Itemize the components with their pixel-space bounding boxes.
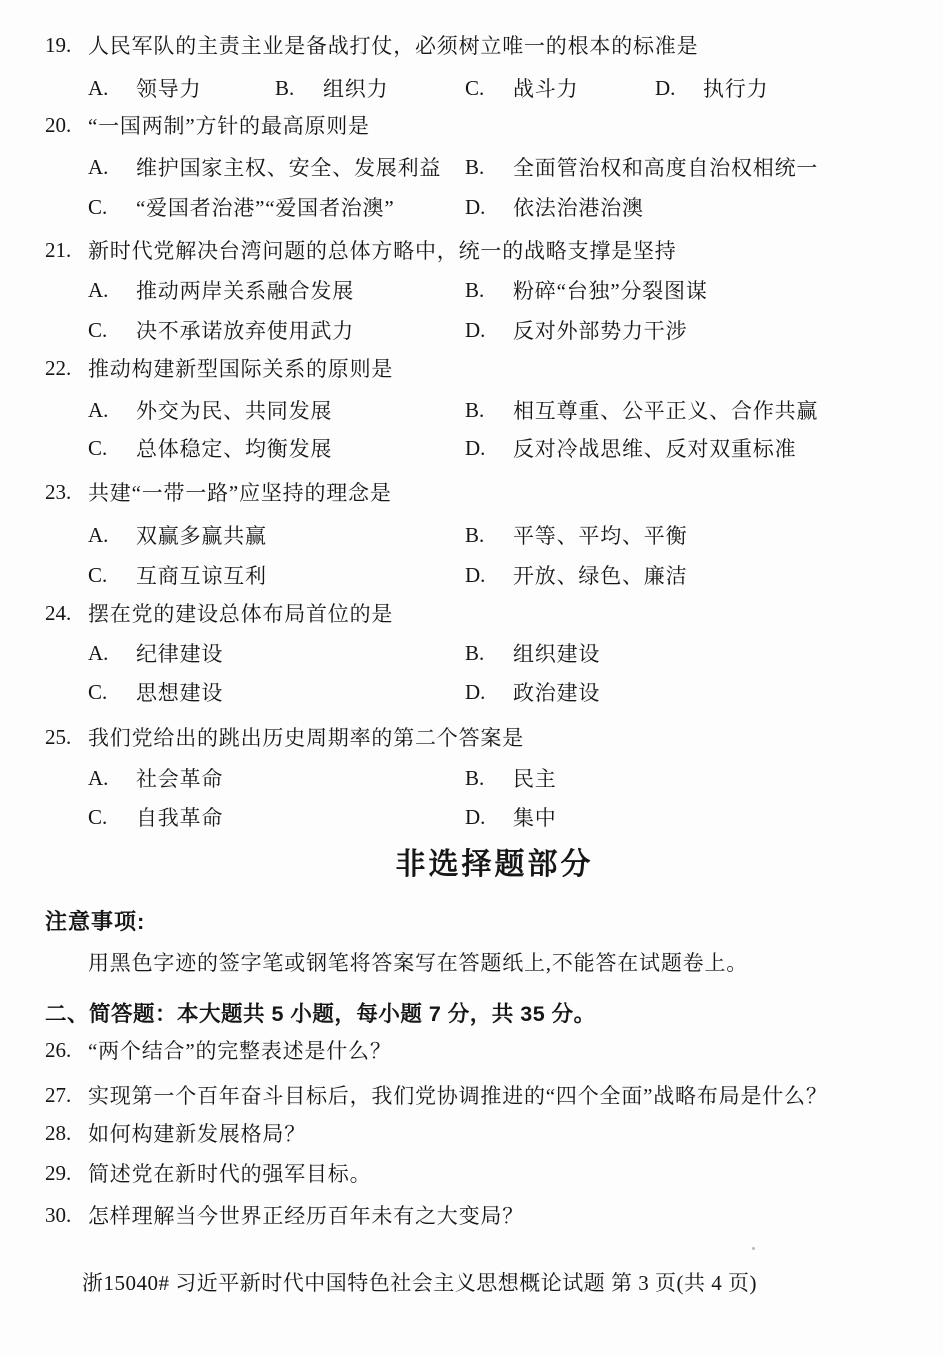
option-c: C.战斗力 — [465, 68, 578, 108]
question-30: 30. 怎样理解当今世界正经历百年未有之大变局？ — [45, 1195, 524, 1235]
question-text: “两个结合”的完整表述是什么？ — [88, 1035, 392, 1065]
question-number: 21. — [45, 238, 88, 263]
question-22: 22. 推动构建新型国际关系的原则是 — [45, 348, 393, 388]
question-27: 27. 实现第一个百年奋斗目标后，我们党协调推进的“四个全面”战略布局是什么？ — [45, 1075, 828, 1115]
question-number: 20. — [45, 113, 88, 138]
option-label: D. — [465, 195, 513, 220]
option-text: 双赢多赢共赢 — [136, 520, 267, 550]
option-text: 组织力 — [323, 73, 388, 103]
option-text: 纪律建设 — [136, 638, 223, 668]
question-number: 30. — [45, 1203, 88, 1228]
option-text: 民主 — [513, 763, 557, 793]
option-label: B. — [465, 155, 513, 180]
option-label: C. — [88, 563, 136, 588]
question-stem: 推动构建新型国际关系的原则是 — [88, 353, 393, 383]
option-d: D.反对外部势力干涉 — [465, 310, 687, 350]
short-answer-section-heading: 二、简答题：本大题共 5 小题，每小题 7 分，共 35 分。 — [45, 992, 596, 1032]
option-label: C. — [465, 76, 513, 101]
option-label: A. — [88, 766, 136, 791]
option-label: A. — [88, 641, 136, 666]
option-c: C.“爱国者治港”“爱国者治澳” — [88, 187, 394, 227]
option-text: 外交为民、共同发展 — [136, 395, 332, 425]
question-text: 如何构建新发展格局？ — [88, 1118, 306, 1148]
option-text: 开放、绿色、廉洁 — [513, 560, 687, 590]
option-text: 维护国家主权、安全、发展利益 — [136, 152, 441, 182]
option-label: B. — [465, 641, 513, 666]
question-25: 25. 我们党给出的跳出历史周期率的第二个答案是 — [45, 717, 524, 757]
question-26: 26. “两个结合”的完整表述是什么？ — [45, 1030, 392, 1070]
option-text: 全面管治权和高度自治权相统一 — [513, 152, 818, 182]
question-28: 28. 如何构建新发展格局？ — [45, 1113, 306, 1153]
option-label: D. — [465, 805, 513, 830]
question-20: 20. “一国两制”方针的最高原则是 — [45, 105, 370, 145]
option-label: D. — [465, 680, 513, 705]
option-label: C. — [88, 680, 136, 705]
option-label: C. — [88, 805, 136, 830]
question-number: 27. — [45, 1083, 88, 1108]
option-text: 思想建设 — [136, 677, 223, 707]
option-label: D. — [655, 76, 703, 101]
option-b: B.民主 — [465, 758, 557, 798]
option-c: C.决不承诺放弃使用武力 — [88, 310, 354, 350]
option-text: 反对冷战思维、反对双重标准 — [513, 433, 796, 463]
option-b: B.组织建设 — [465, 633, 600, 673]
option-text: 平等、平均、平衡 — [513, 520, 687, 550]
option-label: B. — [465, 398, 513, 423]
option-text: 反对外部势力干涉 — [513, 315, 687, 345]
option-a: A.维护国家主权、安全、发展利益 — [88, 147, 441, 187]
option-label: D. — [465, 318, 513, 343]
question-stem: 人民军队的主责主业是备战打仗，必须树立唯一的根本的标准是 — [88, 30, 698, 60]
option-text: 社会革命 — [136, 763, 223, 793]
question-24-options-cd: C.思想建设 D.政治建设 — [88, 672, 943, 712]
option-text: 粉碎“台独”分裂图谋 — [513, 275, 708, 305]
non-mcq-section-heading: 非选择题部分 — [46, 843, 943, 887]
question-stem: 新时代党解决台湾问题的总体方略中，统一的战略支撑是坚持 — [88, 235, 677, 265]
question-stem: “一国两制”方针的最高原则是 — [88, 110, 370, 140]
question-22-options-cd: C.总体稳定、均衡发展 D.反对冷战思维、反对双重标准 — [88, 428, 943, 468]
option-label: D. — [465, 563, 513, 588]
option-label: D. — [465, 436, 513, 461]
option-label: A. — [88, 76, 136, 101]
option-c: C.自我革命 — [88, 797, 223, 837]
option-d: D.依法治港治澳 — [465, 187, 644, 227]
option-label: C. — [88, 436, 136, 461]
question-number: 19. — [45, 33, 88, 58]
option-d: D.政治建设 — [465, 672, 600, 712]
option-a: A.双赢多赢共赢 — [88, 515, 267, 555]
question-text: 实现第一个百年奋斗目标后，我们党协调推进的“四个全面”战略布局是什么？ — [88, 1080, 828, 1110]
option-b: B.组织力 — [275, 68, 388, 108]
option-text: 推动两岸关系融合发展 — [136, 275, 354, 305]
question-stem: 共建“一带一路”应坚持的理念是 — [88, 477, 392, 507]
question-21-options-cd: C.决不承诺放弃使用武力 D.反对外部势力干涉 — [88, 310, 943, 350]
option-a: A.社会革命 — [88, 758, 223, 798]
option-text: 总体稳定、均衡发展 — [136, 433, 332, 463]
question-number: 25. — [45, 725, 88, 750]
question-22-options-ab: A.外交为民、共同发展 B.相互尊重、公平正义、合作共赢 — [88, 390, 943, 430]
question-21-options-ab: A.推动两岸关系融合发展 B.粉碎“台独”分裂图谋 — [88, 270, 943, 310]
question-stem: 我们党给出的跳出历史周期率的第二个答案是 — [88, 722, 524, 752]
option-text: 执行力 — [703, 73, 768, 103]
option-label: B. — [465, 523, 513, 548]
option-d: D.集中 — [465, 797, 557, 837]
question-19-options: A.领导力 B.组织力 C.战斗力 D.执行力 — [88, 68, 943, 108]
question-number: 22. — [45, 356, 88, 381]
question-25-options-cd: C.自我革命 D.集中 — [88, 797, 943, 837]
question-21: 21. 新时代党解决台湾问题的总体方略中，统一的战略支撑是坚持 — [45, 230, 677, 270]
question-24: 24. 摆在党的建设总体布局首位的是 — [45, 593, 393, 633]
option-label: B. — [465, 278, 513, 303]
question-25-options-ab: A.社会革命 B.民主 — [88, 758, 943, 798]
option-b: B.全面管治权和高度自治权相统一 — [465, 147, 818, 187]
option-text: 政治建设 — [513, 677, 600, 707]
notes-body: 用黑色字迹的签字笔或钢笔将答案写在答题纸上,不能答在试题卷上。 — [88, 942, 748, 982]
question-19: 19. 人民军队的主责主业是备战打仗，必须树立唯一的根本的标准是 — [45, 25, 698, 65]
option-a: A.推动两岸关系融合发展 — [88, 270, 354, 310]
question-number: 24. — [45, 601, 88, 626]
option-label: B. — [275, 76, 323, 101]
option-d: D.开放、绿色、廉洁 — [465, 555, 687, 595]
option-d: D.执行力 — [655, 68, 768, 108]
scan-speckle — [752, 1247, 755, 1250]
option-label: B. — [465, 766, 513, 791]
option-label: A. — [88, 155, 136, 180]
page-footer: 浙15040# 习近平新时代中国特色社会主义思想概论试题 第 3 页(共 4 页… — [82, 1262, 757, 1302]
question-23-options-ab: A.双赢多赢共赢 B.平等、平均、平衡 — [88, 515, 943, 555]
option-a: A.纪律建设 — [88, 633, 223, 673]
option-c: C.思想建设 — [88, 672, 223, 712]
question-23-options-cd: C.互商互谅互利 D.开放、绿色、廉洁 — [88, 555, 943, 595]
option-label: A. — [88, 398, 136, 423]
exam-paper-page: 19. 人民军队的主责主业是备战打仗，必须树立唯一的根本的标准是 A.领导力 B… — [0, 0, 943, 1356]
option-text: 集中 — [513, 802, 557, 832]
option-c: C.互商互谅互利 — [88, 555, 267, 595]
option-text: 互商互谅互利 — [136, 560, 267, 590]
notes-title: 注意事项: — [45, 900, 145, 940]
option-text: 领导力 — [136, 73, 201, 103]
option-text: 依法治港治澳 — [513, 192, 644, 222]
option-text: 组织建设 — [513, 638, 600, 668]
option-text: “爱国者治港”“爱国者治澳” — [136, 192, 394, 222]
option-label: A. — [88, 278, 136, 303]
option-text: 自我革命 — [136, 802, 223, 832]
option-d: D.反对冷战思维、反对双重标准 — [465, 428, 796, 468]
question-20-options-cd: C.“爱国者治港”“爱国者治澳” D.依法治港治澳 — [88, 187, 943, 227]
question-20-options-ab: A.维护国家主权、安全、发展利益 B.全面管治权和高度自治权相统一 — [88, 147, 943, 187]
question-number: 23. — [45, 480, 88, 505]
option-a: A.领导力 — [88, 68, 201, 108]
question-text: 简述党在新时代的强军目标。 — [88, 1158, 371, 1188]
question-23: 23. 共建“一带一路”应坚持的理念是 — [45, 472, 392, 512]
question-stem: 摆在党的建设总体布局首位的是 — [88, 598, 393, 628]
option-label: A. — [88, 523, 136, 548]
option-b: B.粉碎“台独”分裂图谋 — [465, 270, 708, 310]
question-number: 26. — [45, 1038, 88, 1063]
question-24-options-ab: A.纪律建设 B.组织建设 — [88, 633, 943, 673]
option-text: 相互尊重、公平正义、合作共赢 — [513, 395, 818, 425]
option-b: B.相互尊重、公平正义、合作共赢 — [465, 390, 818, 430]
option-a: A.外交为民、共同发展 — [88, 390, 332, 430]
option-label: C. — [88, 318, 136, 343]
question-number: 28. — [45, 1121, 88, 1146]
option-text: 决不承诺放弃使用武力 — [136, 315, 354, 345]
option-b: B.平等、平均、平衡 — [465, 515, 687, 555]
option-text: 战斗力 — [513, 73, 578, 103]
question-text: 怎样理解当今世界正经历百年未有之大变局？ — [88, 1200, 524, 1230]
question-number: 29. — [45, 1161, 88, 1186]
option-c: C.总体稳定、均衡发展 — [88, 428, 332, 468]
option-label: C. — [88, 195, 136, 220]
question-29: 29. 简述党在新时代的强军目标。 — [45, 1153, 371, 1193]
